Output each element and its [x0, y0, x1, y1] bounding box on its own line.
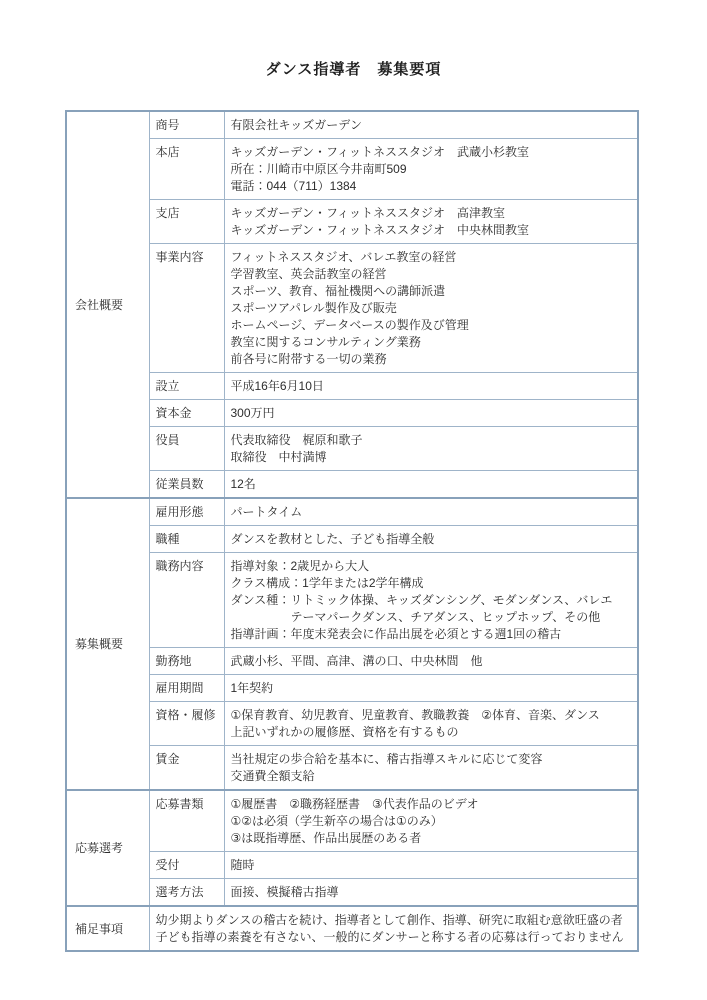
table-row: 資本金 300万円 — [66, 400, 638, 427]
table-row: 勤務地 武蔵小杉、平間、高津、溝の口、中央林間 他 — [66, 648, 638, 675]
field-value: 指導対象：2歳児から大人 クラス構成：1学年または2学年構成 ダンス種：リトミッ… — [224, 553, 638, 648]
field-label: 従業員数 — [149, 471, 224, 499]
section-label-notes: 補足事項 — [66, 906, 149, 951]
field-label: 雇用期間 — [149, 675, 224, 702]
field-label: 応募書類 — [149, 790, 224, 852]
field-label: 選考方法 — [149, 879, 224, 907]
field-value: 随時 — [224, 852, 638, 879]
field-label: 職種 — [149, 526, 224, 553]
field-value: 代表取締役 梶原和歌子 取締役 中村満博 — [224, 427, 638, 471]
field-value: 有限会社キッズガーデン — [224, 111, 638, 139]
field-label: 職務内容 — [149, 553, 224, 648]
table-row: 職種 ダンスを教材とした、子ども指導全般 — [66, 526, 638, 553]
field-value: 平成16年6月10日 — [224, 373, 638, 400]
field-label: 設立 — [149, 373, 224, 400]
field-label: 受付 — [149, 852, 224, 879]
field-label: 賃金 — [149, 746, 224, 791]
field-value: 面接、模擬稽古指導 — [224, 879, 638, 907]
field-label: 勤務地 — [149, 648, 224, 675]
section-label-recruitment: 募集概要 — [66, 498, 149, 790]
field-value: キッズガーデン・フィットネススタジオ 武蔵小杉教室 所在：川崎市中原区今井南町5… — [224, 139, 638, 200]
table-row: 雇用期間 1年契約 — [66, 675, 638, 702]
field-label: 商号 — [149, 111, 224, 139]
document-page: ダンス指導者 募集要項 会社概要 商号 有限会社キッズガーデン 本店 キッズガー… — [0, 0, 707, 1000]
table-row: 補足事項 幼少期よりダンスの稽古を続け、指導者として創作、指導、研究に取組む意欲… — [66, 906, 638, 951]
field-value: ①履歴書 ②職務経歴書 ③代表作品のビデオ ①②は必須（学生新卒の場合は①のみ）… — [224, 790, 638, 852]
field-label: 雇用形態 — [149, 498, 224, 526]
table-row: 受付 随時 — [66, 852, 638, 879]
section-label-selection: 応募選考 — [66, 790, 149, 906]
table-row: 役員 代表取締役 梶原和歌子 取締役 中村満博 — [66, 427, 638, 471]
table-row: 職務内容 指導対象：2歳児から大人 クラス構成：1学年または2学年構成 ダンス種… — [66, 553, 638, 648]
field-value: フィットネススタジオ、バレエ教室の経営 学習教室、英会話教室の経営 スポーツ、教… — [224, 244, 638, 373]
field-value: 12名 — [224, 471, 638, 499]
table-row: 従業員数 12名 — [66, 471, 638, 499]
field-value: キッズガーデン・フィットネススタジオ 高津教室 キッズガーデン・フィットネススタ… — [224, 200, 638, 244]
table-row: 応募選考 応募書類 ①履歴書 ②職務経歴書 ③代表作品のビデオ ①②は必須（学生… — [66, 790, 638, 852]
table-row: 募集概要 雇用形態 パートタイム — [66, 498, 638, 526]
table-row: 本店 キッズガーデン・フィットネススタジオ 武蔵小杉教室 所在：川崎市中原区今井… — [66, 139, 638, 200]
field-label: 事業内容 — [149, 244, 224, 373]
table-row: 支店 キッズガーデン・フィットネススタジオ 高津教室 キッズガーデン・フィットネ… — [66, 200, 638, 244]
table-row: 設立 平成16年6月10日 — [66, 373, 638, 400]
table-row: 会社概要 商号 有限会社キッズガーデン — [66, 111, 638, 139]
field-value: 幼少期よりダンスの稽古を続け、指導者として創作、指導、研究に取組む意欲旺盛の者 … — [149, 906, 638, 951]
recruitment-table: 会社概要 商号 有限会社キッズガーデン 本店 キッズガーデン・フィットネススタジ… — [65, 110, 639, 952]
field-value: ダンスを教材とした、子ども指導全般 — [224, 526, 638, 553]
page-title: ダンス指導者 募集要項 — [0, 58, 707, 79]
field-value: ①保育教育、幼児教育、児童教育、教職教養 ②体育、音楽、ダンス 上記いずれかの履… — [224, 702, 638, 746]
table-row: 選考方法 面接、模擬稽古指導 — [66, 879, 638, 907]
section-label-company: 会社概要 — [66, 111, 149, 498]
field-label: 資本金 — [149, 400, 224, 427]
field-label: 役員 — [149, 427, 224, 471]
field-value: パートタイム — [224, 498, 638, 526]
field-value: 300万円 — [224, 400, 638, 427]
table-row: 事業内容 フィットネススタジオ、バレエ教室の経営 学習教室、英会話教室の経営 ス… — [66, 244, 638, 373]
field-value: 1年契約 — [224, 675, 638, 702]
field-value: 武蔵小杉、平間、高津、溝の口、中央林間 他 — [224, 648, 638, 675]
table-row: 資格・履修 ①保育教育、幼児教育、児童教育、教職教養 ②体育、音楽、ダンス 上記… — [66, 702, 638, 746]
field-label: 支店 — [149, 200, 224, 244]
field-label: 資格・履修 — [149, 702, 224, 746]
field-label: 本店 — [149, 139, 224, 200]
table-row: 賃金 当社規定の歩合給を基本に、稽古指導スキルに応じて変容 交通費全額支給 — [66, 746, 638, 791]
field-value: 当社規定の歩合給を基本に、稽古指導スキルに応じて変容 交通費全額支給 — [224, 746, 638, 791]
